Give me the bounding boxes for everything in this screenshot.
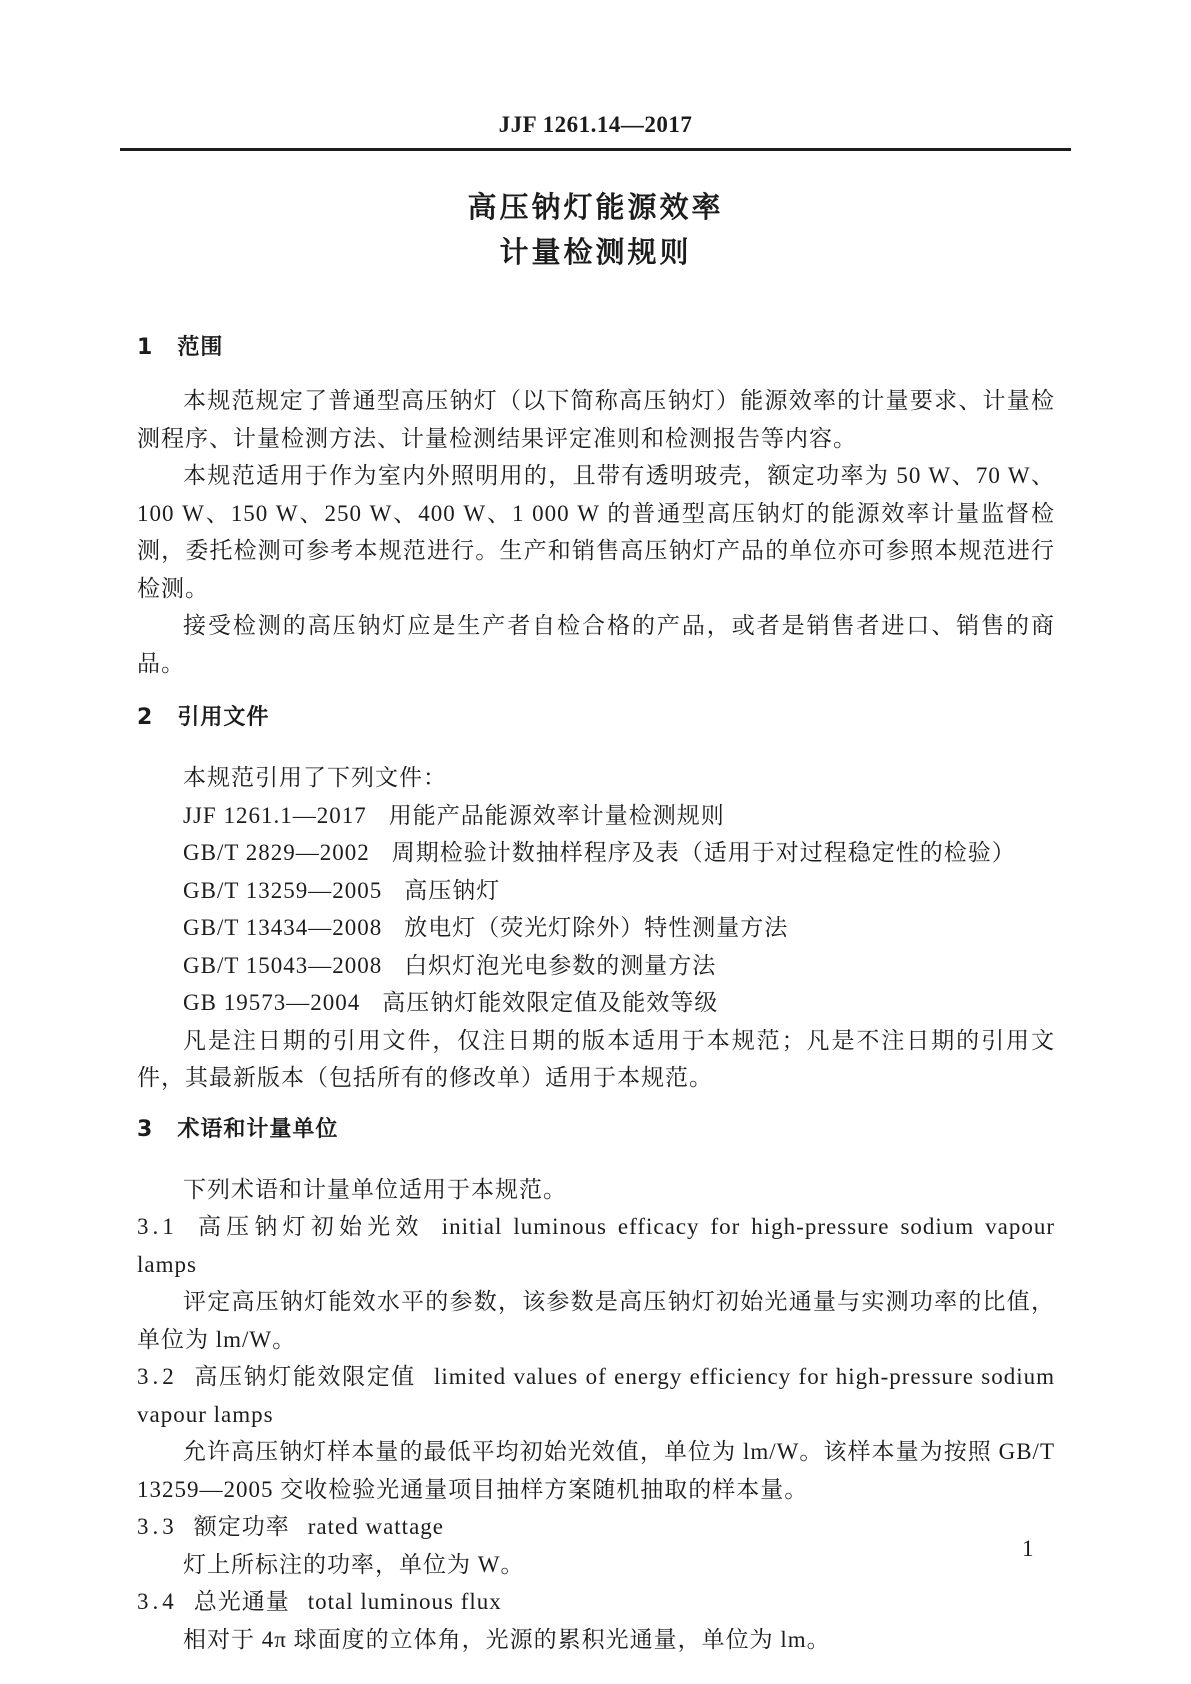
reference-code: JJF 1261.1—2017 bbox=[183, 803, 367, 828]
reference-name: 高压钠灯能效限定值及能效等级 bbox=[382, 990, 718, 1015]
section-2-number: 2 bbox=[137, 705, 153, 730]
reference-item: GB/T 2829—2002周期检验计数抽样程序及表（适用于对过程稳定性的检验） bbox=[137, 834, 1055, 872]
reference-item: GB 19573—2004高压钠灯能效限定值及能效等级 bbox=[137, 984, 1055, 1022]
section-2-note: 凡是注日期的引用文件，仅注日期的版本适用于本规范；凡是不注日期的引用文件，其最新… bbox=[137, 1022, 1055, 1097]
section-3-title: 术语和计量单位 bbox=[177, 1117, 338, 1142]
section-1-paragraph-3: 接受检测的高压钠灯应是生产者自检合格的产品，或者是销售者进口、销售的商品。 bbox=[137, 607, 1055, 682]
term-name-en: rated wattage bbox=[308, 1514, 444, 1539]
page-body: 1范围 本规范规定了普通型高压钠灯（以下简称高压钠灯）能源效率的计量要求、计量检… bbox=[137, 0, 1055, 1658]
term-number: 3.2 bbox=[137, 1364, 178, 1389]
term-definition-3-3: 灯上所标注的功率，单位为 W。 bbox=[137, 1546, 1055, 1584]
section-2-title: 引用文件 bbox=[177, 705, 269, 730]
reference-name: 白炽灯泡光电参数的测量方法 bbox=[404, 953, 716, 978]
section-3-number: 3 bbox=[137, 1117, 153, 1142]
term-number: 3.4 bbox=[137, 1589, 178, 1614]
reference-code: GB 19573—2004 bbox=[183, 990, 360, 1015]
reference-code: GB/T 13259—2005 bbox=[183, 878, 382, 903]
term-name-zh: 高压钠灯初始光效 bbox=[194, 1214, 424, 1239]
term-definition-3-4: 相对于 4π 球面度的立体角，光源的累积光通量，单位为 lm。 bbox=[137, 1621, 1055, 1659]
term-name-zh: 高压钠灯能效限定值 bbox=[194, 1364, 416, 1389]
reference-code: GB/T 15043—2008 bbox=[183, 953, 382, 978]
term-heading-3-2: 3.2高压钠灯能效限定值limited values of energy eff… bbox=[137, 1358, 1055, 1433]
document-page: JJF 1261.14—2017 高压钠灯能源效率 计量检测规则 1范围 本规范… bbox=[0, 0, 1191, 1684]
reference-item: JJF 1261.1—2017用能产品能源效率计量检测规则 bbox=[137, 797, 1055, 835]
reference-code: GB/T 2829—2002 bbox=[183, 840, 370, 865]
term-name-zh: 额定功率 bbox=[194, 1514, 290, 1539]
term-heading-3-4: 3.4总光通量total luminous flux bbox=[137, 1583, 1055, 1621]
term-heading-3-3: 3.3额定功率rated wattage bbox=[137, 1508, 1055, 1546]
reference-name: 放电灯（荧光灯除外）特性测量方法 bbox=[404, 915, 788, 940]
term-definition-3-2: 允许高压钠灯样本量的最低平均初始光效值，单位为 lm/W。该样本量为按照 GB/… bbox=[137, 1433, 1055, 1508]
page-number: 1 bbox=[1022, 1534, 1034, 1564]
reference-item: GB/T 15043—2008白炽灯泡光电参数的测量方法 bbox=[137, 947, 1055, 985]
reference-name: 用能产品能源效率计量检测规则 bbox=[389, 803, 725, 828]
reference-code: GB/T 13434—2008 bbox=[183, 915, 382, 940]
section-1-paragraph-1: 本规范规定了普通型高压钠灯（以下简称高压钠灯）能源效率的计量要求、计量检测程序、… bbox=[137, 382, 1055, 457]
term-name-zh: 总光通量 bbox=[194, 1589, 290, 1614]
section-1-paragraph-2: 本规范适用于作为室内外照明用的，且带有透明玻壳，额定功率为 50 W、70 W、… bbox=[137, 457, 1055, 607]
term-heading-3-1: 3.1高压钠灯初始光效initial luminous efficacy for… bbox=[137, 1208, 1055, 1283]
section-3-heading: 3术语和计量单位 bbox=[137, 1116, 1055, 1144]
term-number: 3.3 bbox=[137, 1514, 178, 1539]
reference-item: GB/T 13434—2008放电灯（荧光灯除外）特性测量方法 bbox=[137, 909, 1055, 947]
reference-name: 周期检验计数抽样程序及表（适用于对过程稳定性的检验） bbox=[392, 840, 1016, 865]
section-2-heading: 2引用文件 bbox=[137, 704, 1055, 732]
term-definition-3-1: 评定高压钠灯能效水平的参数，该参数是高压钠灯初始光通量与实测功率的比值，单位为 … bbox=[137, 1283, 1055, 1358]
section-1-title: 范围 bbox=[177, 335, 223, 360]
reference-name: 高压钠灯 bbox=[404, 878, 500, 903]
term-number: 3.1 bbox=[137, 1214, 178, 1239]
section-3-intro: 下列术语和计量单位适用于本规范。 bbox=[137, 1171, 1055, 1209]
section-2-intro: 本规范引用了下列文件： bbox=[137, 759, 1055, 797]
section-1-heading: 1范围 bbox=[137, 334, 1055, 362]
reference-item: GB/T 13259—2005高压钠灯 bbox=[137, 872, 1055, 910]
term-name-en: total luminous flux bbox=[308, 1589, 502, 1614]
section-1-number: 1 bbox=[137, 335, 153, 360]
